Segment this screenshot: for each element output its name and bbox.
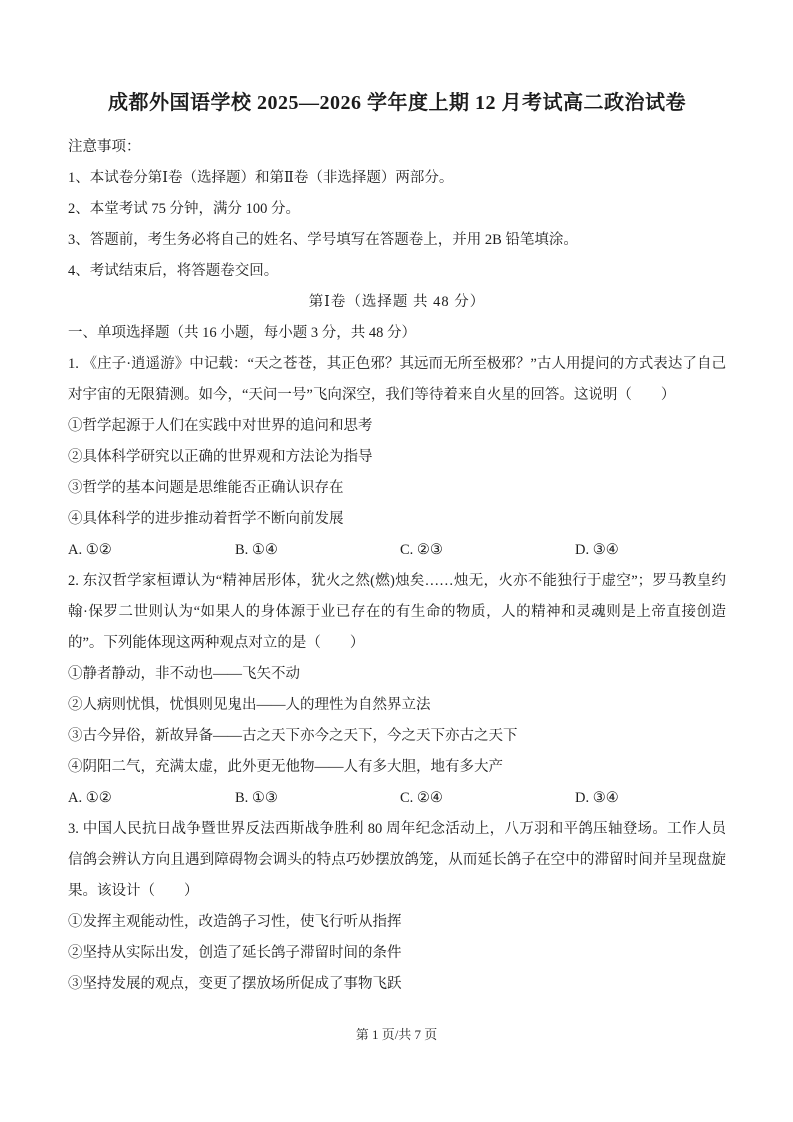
question-option-line: ③哲学的基本问题是思维能否正确认识存在: [68, 473, 726, 504]
choice-label: D. ③④: [575, 535, 726, 566]
question-option-line: ④阴阳二气，充满太虚，此外更无他物——人有多大胆，地有多大产: [68, 752, 726, 783]
choice-label: B. ①③: [235, 783, 400, 814]
question-stem-line: 翰·保罗二世则认为“如果人的身体源于业已存在的有生命的物质，人的精神和灵魂则是上…: [68, 597, 726, 628]
question-option-line: ①发挥主观能动性，改造鸽子习性，使飞行听从指挥: [68, 907, 726, 938]
question-stem-line: 信鸽会辨认方向且遇到障碍物会调头的特点巧妙摆放鸽笼，从而延长鸽子在空中的滞留时间…: [68, 845, 726, 876]
question-option-line: ③古今异俗，新故异备——古之天下亦今之天下，今之天下亦古之天下: [68, 721, 726, 752]
choice-row: A. ①②B. ①④C. ②③D. ③④: [68, 535, 726, 566]
notice-item: 2、本堂考试 75 分钟，满分 100 分。: [68, 194, 726, 225]
choice-label: C. ②④: [400, 783, 575, 814]
notice-item: 4、考试结束后，将答题卷交回。: [68, 256, 726, 287]
exam-paper-page: 成都外国语学校 2025—2026 学年度上期 12 月考试高二政治试卷 注意事…: [0, 0, 793, 1122]
notice-item: 3、答题前，考生务必将自己的姓名、学号填写在答题卷上，并用 2B 铅笔填涂。: [68, 225, 726, 256]
choice-label: B. ①④: [235, 535, 400, 566]
questions-container: 1. 《庄子·逍遥游》中记载：“天之苍苍，其正色邪？其远而无所至极邪？”古人用提…: [68, 349, 726, 1000]
choice-label: A. ①②: [68, 783, 235, 814]
question-stem-line: 1. 《庄子·逍遥游》中记载：“天之苍苍，其正色邪？其远而无所至极邪？”古人用提…: [68, 349, 726, 380]
section-heading: 第Ⅰ卷（选择题 共 48 分）: [68, 287, 726, 318]
page-footer: 第 1 页/共 7 页: [0, 1022, 793, 1048]
question-option-line: ②具体科学研究以正确的世界观和方法论为指导: [68, 442, 726, 473]
notice-heading: 注意事项：: [68, 132, 726, 163]
question-option-line: ②坚持从实际出发，创造了延长鸽子滞留时间的条件: [68, 938, 726, 969]
choice-row: A. ①②B. ①③C. ②④D. ③④: [68, 783, 726, 814]
question-stem-line: 的”。下列能体现这两种观点对立的是（ ）: [68, 628, 726, 659]
question-stem-line: 对宇宙的无限猜测。如今，“天问一号”飞向深空，我们等待着来自火星的回答。这说明（…: [68, 380, 726, 411]
question-option-line: ④具体科学的进步推动着哲学不断向前发展: [68, 504, 726, 535]
page-title: 成都外国语学校 2025—2026 学年度上期 12 月考试高二政治试卷: [48, 88, 746, 118]
question-stem-line: 果。该设计（ ）: [68, 876, 726, 907]
question-option-line: ③坚持发展的观点，变更了摆放场所促成了事物飞跃: [68, 969, 726, 1000]
question-option-line: ②人病则忧惧，忧惧则见鬼出——人的理性为自然界立法: [68, 690, 726, 721]
choice-label: A. ①②: [68, 535, 235, 566]
question-stem-line: 3. 中国人民抗日战争暨世界反法西斯战争胜利 80 周年纪念活动上，八万羽和平鸽…: [68, 814, 726, 845]
choice-label: D. ③④: [575, 783, 726, 814]
question-option-line: ①哲学起源于人们在实践中对世界的追问和思考: [68, 411, 726, 442]
choice-label: C. ②③: [400, 535, 575, 566]
notice-item: 1、本试卷分第Ⅰ卷（选择题）和第Ⅱ卷（非选择题）两部分。: [68, 163, 726, 194]
question-option-line: ①静者静动，非不动也——飞矢不动: [68, 659, 726, 690]
part-heading: 一、单项选择题（共 16 小题，每小题 3 分，共 48 分）: [68, 318, 726, 349]
question-stem-line: 2. 东汉哲学家桓谭认为“精神居形体，犹火之然(燃)烛矣……烛无，火亦不能独行于…: [68, 566, 726, 597]
exam-body: 注意事项： 1、本试卷分第Ⅰ卷（选择题）和第Ⅱ卷（非选择题）两部分。 2、本堂考…: [68, 132, 726, 1000]
